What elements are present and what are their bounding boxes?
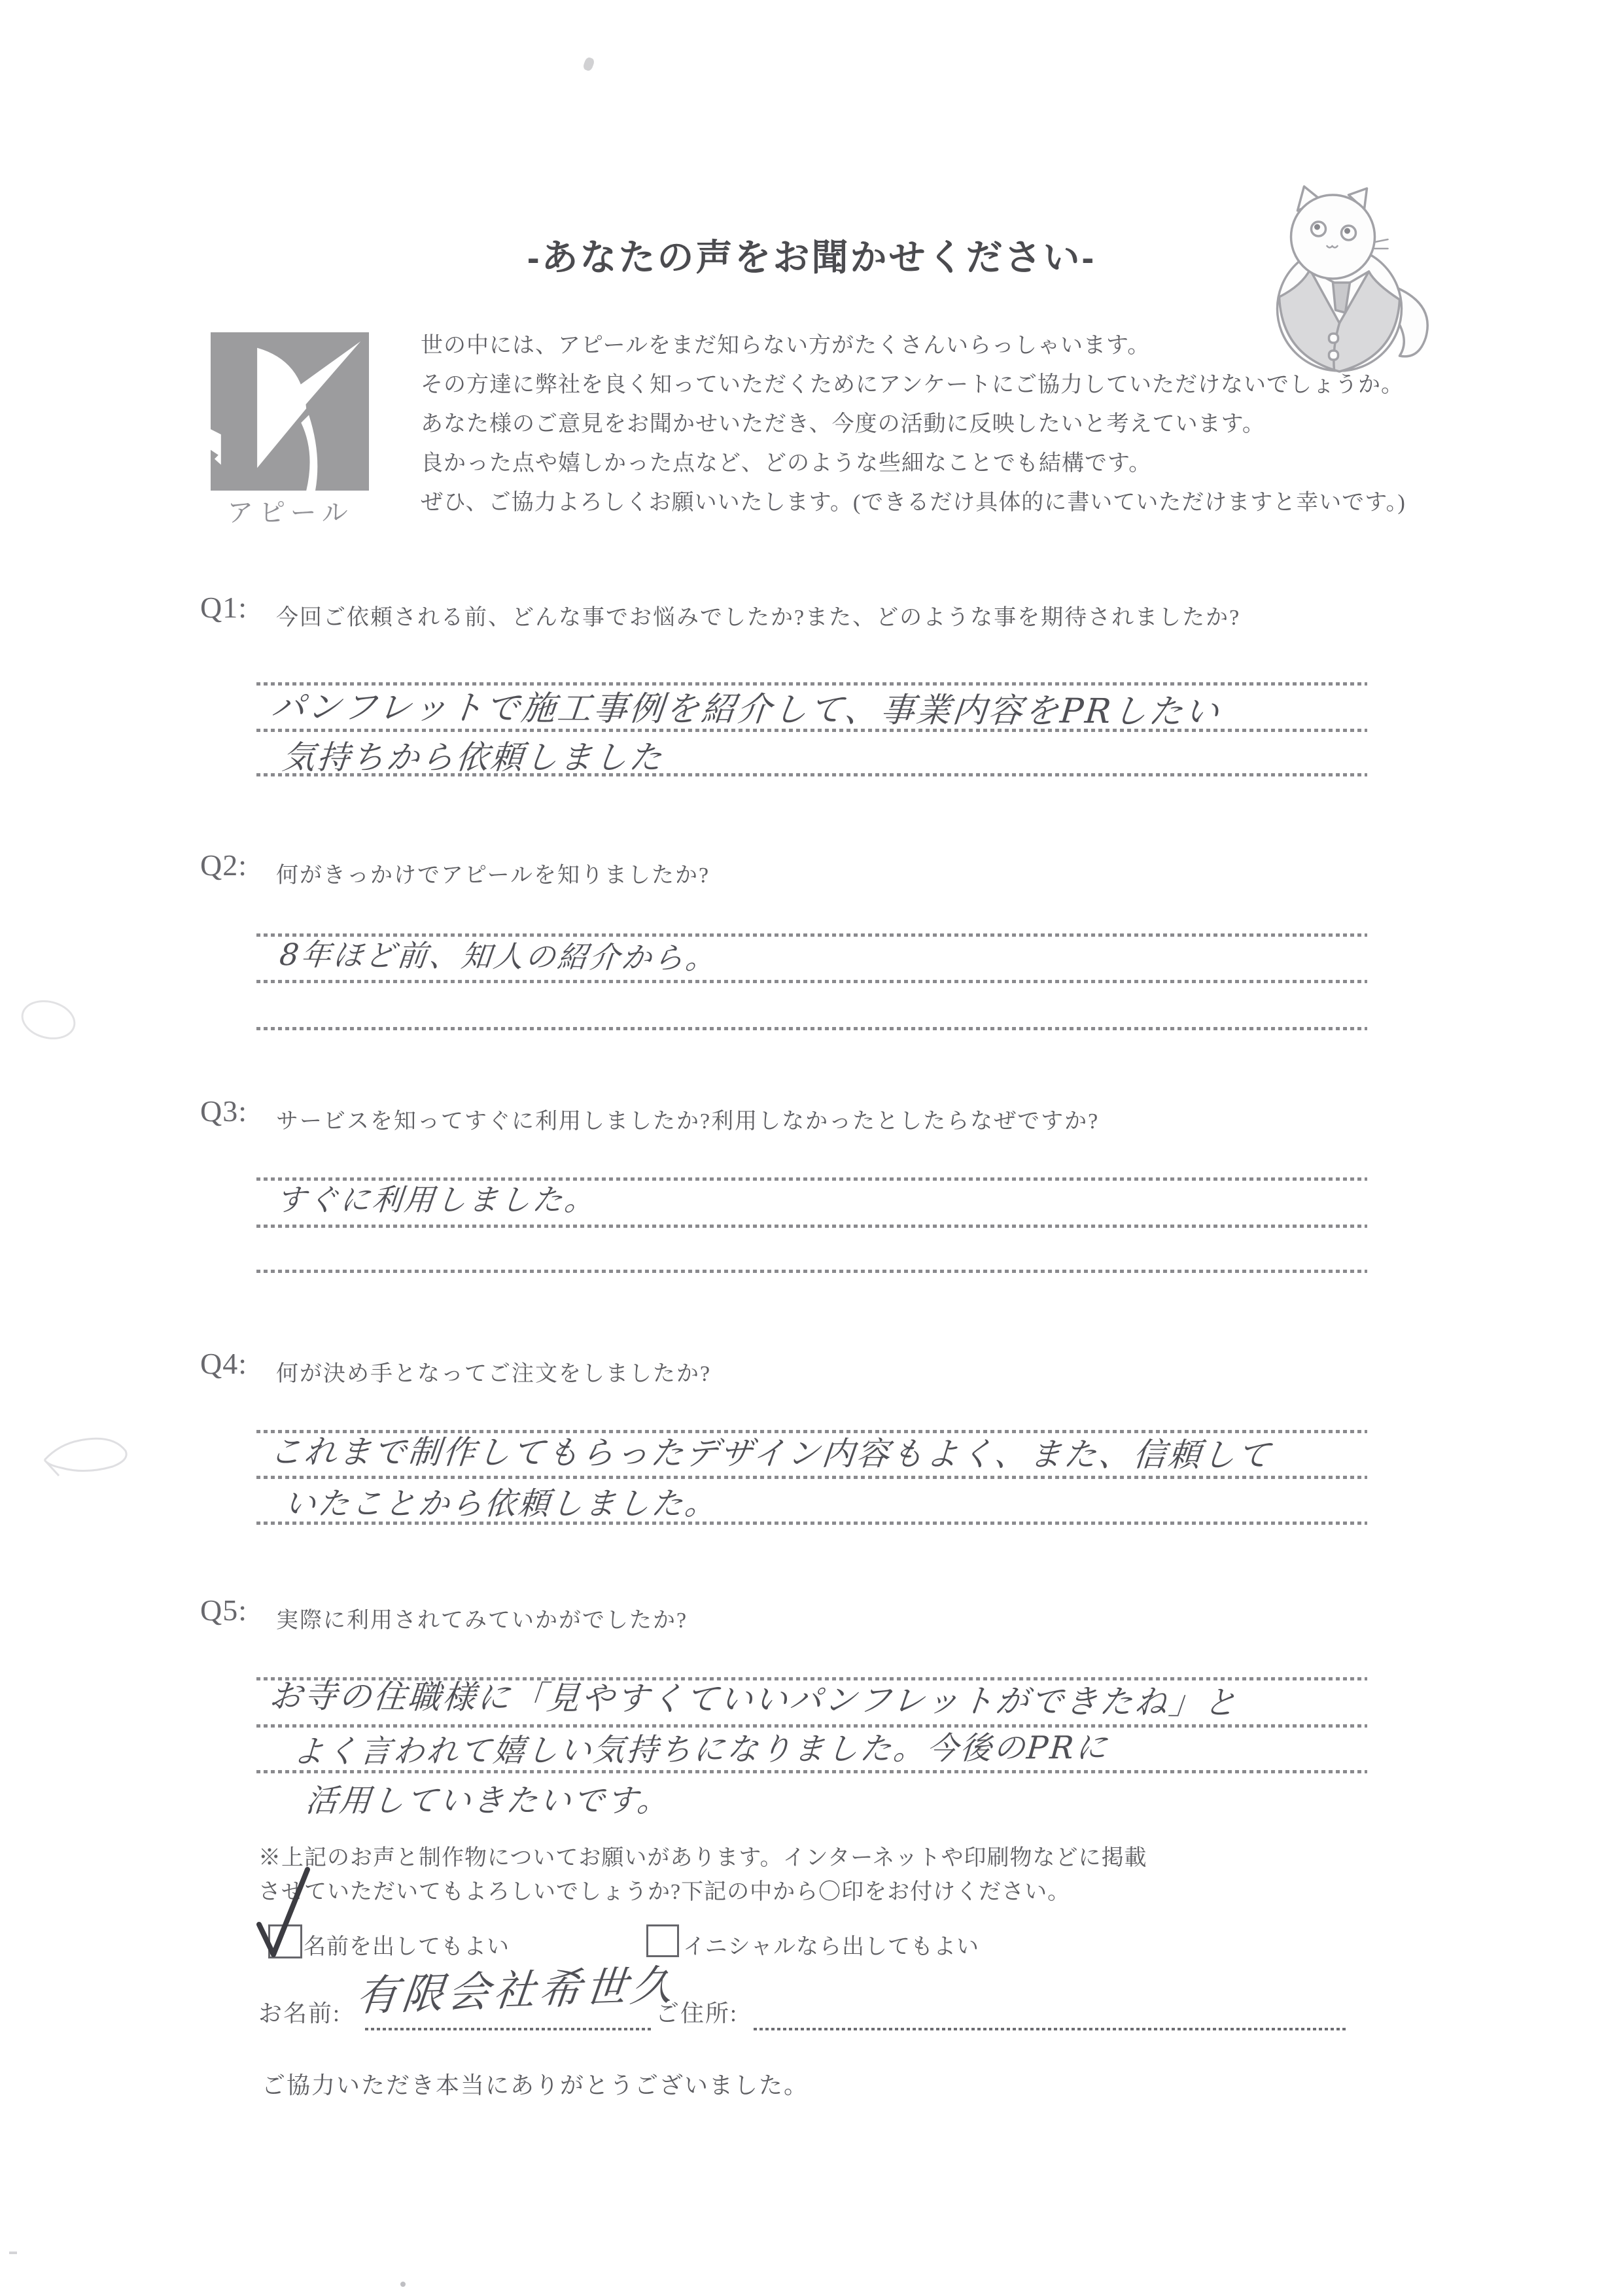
address-field-rule bbox=[754, 2028, 1346, 2030]
answer-rule bbox=[256, 1225, 1367, 1228]
intro-line: 良かった点や嬉しかった点など、どのような些細なことでも結構です。 bbox=[421, 445, 1151, 477]
question-text-q1: 今回ご依頼される前、どんな事でお悩みでしたか?また、どのような事を期待されました… bbox=[276, 599, 1240, 631]
question-text-q5: 実際に利用されてみていかがでしたか? bbox=[276, 1602, 688, 1634]
checkbox-initials-allowed-label: イニシャルなら出してもよい bbox=[683, 1928, 979, 1960]
intro-line: あなた様のご意見をお聞かせいただき、今度の活動に反映したいと考えています。 bbox=[421, 406, 1265, 438]
question-text-q4: 何が決め手となってご注文をしましたか? bbox=[276, 1355, 711, 1387]
question-text-q2: 何がきっかけでアピールを知りましたか? bbox=[276, 857, 710, 889]
permission-note-line2: させていただいてもよろしいでしょうか?下記の中から〇印をお付けください。 bbox=[258, 1873, 1070, 1905]
cat-mascot-illustration bbox=[1233, 184, 1452, 381]
handwritten-answer-q2-line1: 8年ほど前、知人の紹介から。 bbox=[278, 931, 720, 978]
scan-dot bbox=[400, 2282, 406, 2287]
intro-line: その方達に弊社を良く知っていただくためにアンケートにご協力していただけないでしょ… bbox=[421, 366, 1404, 398]
handwritten-answer-q4-line2: いたことから依頼しました。 bbox=[283, 1478, 720, 1523]
answer-rule bbox=[256, 980, 1367, 983]
handwritten-answer-q3-line1: すぐに利用しました。 bbox=[274, 1176, 599, 1219]
handwritten-answer-q1-line2: 気持ちから依頼しました bbox=[281, 731, 666, 778]
scan-dash bbox=[9, 2252, 17, 2254]
scan-smudge bbox=[582, 56, 595, 72]
question-text-q3: サービスを知ってすぐに利用しましたか?利用しなかったとしたらなぜですか? bbox=[276, 1103, 1099, 1135]
question-label-q1: Q1: bbox=[200, 590, 247, 625]
question-label-q5: Q5: bbox=[200, 1593, 247, 1627]
checkbox-name-allowed-label: 名前を出してもよい bbox=[304, 1928, 510, 1960]
answer-rule bbox=[256, 1027, 1367, 1030]
handwritten-name-value: 有限会社希世久 bbox=[353, 1951, 680, 2023]
scan-pencil-scribble bbox=[39, 1419, 134, 1488]
answer-rule bbox=[256, 1270, 1367, 1273]
question-label-q3: Q3: bbox=[200, 1094, 247, 1128]
question-label-q2: Q2: bbox=[200, 848, 247, 882]
handwritten-answer-q5-line2: よく言われて嬉しい気持ちになりました。今後のPRに bbox=[291, 1722, 1111, 1772]
scanned-survey-page: { "page": { "title": "-あなたの声をお聞かせください-",… bbox=[0, 0, 1623, 2296]
scan-oval-mark bbox=[17, 995, 80, 1045]
appeal-logo-mark bbox=[211, 332, 369, 491]
address-field-label: ご住所: bbox=[655, 1995, 738, 2028]
handwritten-answer-q5-line1: お寺の住職様に「見やすくていいパンフレットができたね」と bbox=[268, 1670, 1241, 1724]
name-field-rule bbox=[365, 2028, 652, 2030]
intro-line: ぜひ、ご協力よろしくお願いいたします。(できるだけ具体的に書いていただけますと幸… bbox=[421, 484, 1406, 516]
handwritten-answer-q4-line1: これまで制作してもらったデザイン内容もよく、また、信頼して bbox=[268, 1425, 1274, 1476]
closing-message: ご協力いただき本当にありがとうございました。 bbox=[262, 2067, 809, 2100]
permission-note-line1: ※上記のお声と制作物についてお願いがあります。インターネットや印刷物などに掲載 bbox=[258, 1839, 1147, 1871]
handwritten-answer-q1-line1: パンフレットで施工事例を紹介して、事業内容をPRしたい bbox=[270, 679, 1223, 733]
name-field-label: お名前: bbox=[258, 1995, 341, 2028]
question-label-q4: Q4: bbox=[200, 1346, 247, 1381]
intro-line: 世の中には、アピールをまだ知らない方がたくさんいらっしゃいます。 bbox=[421, 327, 1150, 359]
handwritten-answer-q5-line3: 活用していきたいです。 bbox=[304, 1775, 672, 1820]
appeal-logo-text: アピール bbox=[194, 492, 387, 529]
